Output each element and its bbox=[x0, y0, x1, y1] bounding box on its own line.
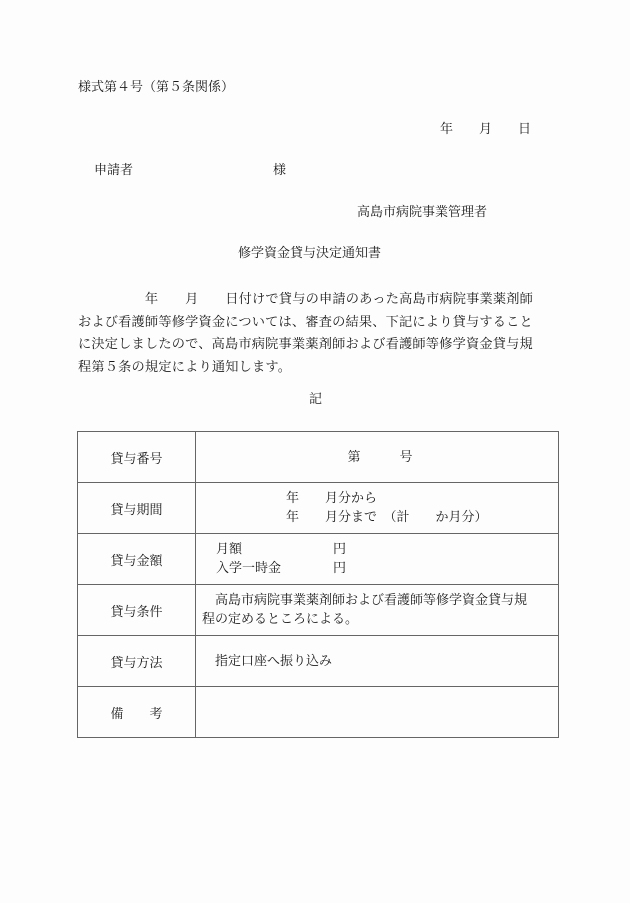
loan-number-value: 第 号 bbox=[196, 432, 559, 483]
loan-details-table: 貸与番号 第 号 貸与期間 年 月分から 年 月分まで （計 か月分） 貸与金額… bbox=[77, 431, 559, 738]
table-row: 貸与方法 指定口座へ振り込み bbox=[78, 636, 559, 687]
loan-conditions-value: 高島市病院事業薬剤師および看護師等修学資金貸与規 程の定めるところによる。 bbox=[196, 585, 559, 636]
table-row: 貸与条件 高島市病院事業薬剤師および看護師等修学資金貸与規 程の定めるところによ… bbox=[78, 585, 559, 636]
table-row: 貸与期間 年 月分から 年 月分まで （計 か月分） bbox=[78, 483, 559, 534]
honorific: 様 bbox=[273, 163, 286, 179]
table-row: 貸与金額 月額 円 入学一時金 円 bbox=[78, 534, 559, 585]
row-label: 貸与方法 bbox=[78, 636, 196, 687]
loan-method-value: 指定口座へ振り込み bbox=[196, 636, 559, 687]
form-number: 様式第４号（第５条関係） bbox=[78, 80, 234, 96]
body-line: 程第５条の規定により通知します。 bbox=[78, 357, 562, 380]
body-line: に決定しましたので、高島市病院事業薬剤師および看護師等修学資金貸与規 bbox=[78, 334, 562, 357]
row-label: 貸与番号 bbox=[78, 432, 196, 483]
table-row: 貸与番号 第 号 bbox=[78, 432, 559, 483]
loan-period-value: 年 月分から 年 月分まで （計 か月分） bbox=[196, 483, 559, 534]
body-line: 年 月 日付けで貸与の申請のあった高島市病院事業薬剤師 bbox=[78, 289, 562, 312]
row-label: 備 考 bbox=[78, 687, 196, 738]
ki-heading: 記 bbox=[309, 392, 322, 408]
body-line: および看護師等修学資金については、審査の結果、下記により貸与すること bbox=[78, 312, 562, 335]
notice-body: 年 月 日付けで貸与の申請のあった高島市病院事業薬剤師 および看護師等修学資金に… bbox=[78, 289, 562, 379]
remarks-value bbox=[196, 687, 559, 738]
document-title: 修学資金貸与決定通知書 bbox=[238, 246, 381, 262]
applicant-label: 申請者 bbox=[94, 163, 133, 179]
date-line: 年 月 日 bbox=[440, 122, 531, 138]
row-label: 貸与期間 bbox=[78, 483, 196, 534]
issuer: 高島市病院事業管理者 bbox=[357, 205, 487, 221]
loan-amount-value: 月額 円 入学一時金 円 bbox=[196, 534, 559, 585]
table-row: 備 考 bbox=[78, 687, 559, 738]
row-label: 貸与金額 bbox=[78, 534, 196, 585]
row-label: 貸与条件 bbox=[78, 585, 196, 636]
